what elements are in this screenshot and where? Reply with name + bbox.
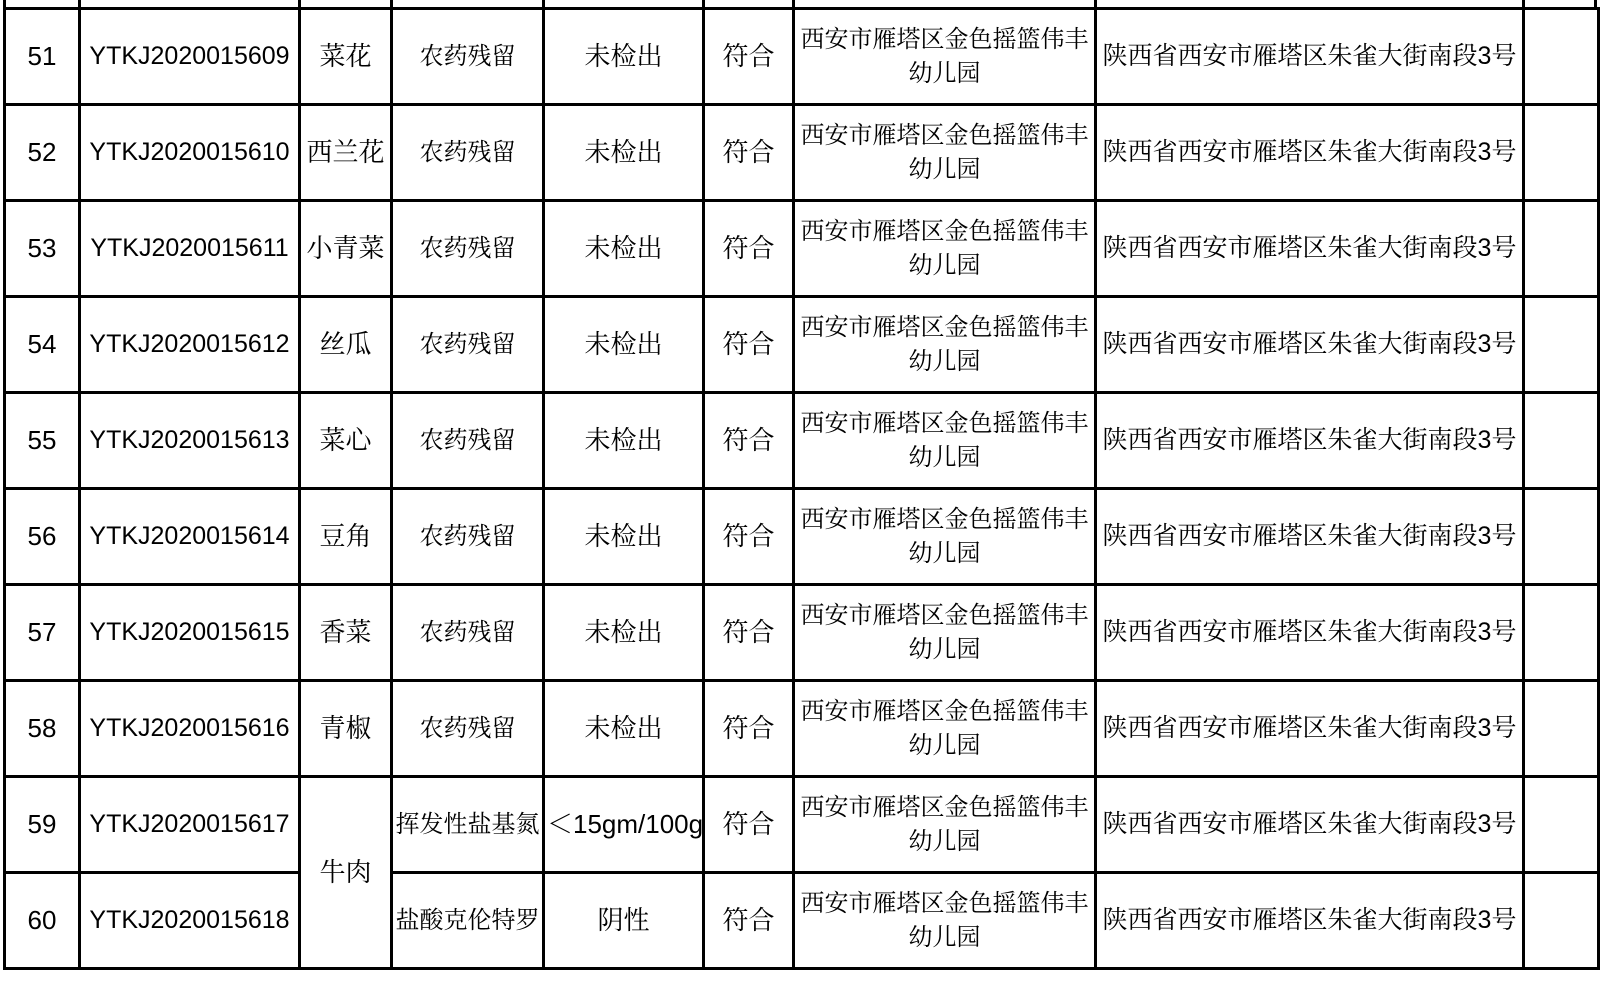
cell-sampled-unit: 西安市雁塔区金色摇篮伟丰幼儿园 (794, 297, 1096, 393)
cell-sample-name: 豆角 (300, 489, 392, 585)
cell-test-result: 阴性 (544, 873, 704, 969)
cell-blank (1524, 873, 1599, 969)
cell-test-result: 未检出 (544, 105, 704, 201)
column-border-tick (792, 0, 795, 7)
cell-test-result: 未检出 (544, 681, 704, 777)
cell-row-number: 59 (5, 777, 80, 873)
cell-address: 陕西省西安市雁塔区朱雀大街南段3号 (1096, 777, 1524, 873)
cell-sampled-unit: 西安市雁塔区金色摇篮伟丰幼儿园 (794, 873, 1096, 969)
table-row: 60YTKJ2020015618盐酸克伦特罗阴性符合西安市雁塔区金色摇篮伟丰幼儿… (5, 873, 1599, 969)
table-body: 51YTKJ2020015609菜花农药残留未检出符合西安市雁塔区金色摇篮伟丰幼… (5, 9, 1599, 969)
cell-row-number: 55 (5, 393, 80, 489)
cell-test-result: ＜15gm/100g (544, 777, 704, 873)
cell-address: 陕西省西安市雁塔区朱雀大街南段3号 (1096, 585, 1524, 681)
table-row: 57YTKJ2020015615香菜农药残留未检出符合西安市雁塔区金色摇篮伟丰幼… (5, 585, 1599, 681)
cell-address: 陕西省西安市雁塔区朱雀大街南段3号 (1096, 201, 1524, 297)
cell-sample-name: 青椒 (300, 681, 392, 777)
cell-conclusion: 符合 (704, 489, 794, 585)
cell-blank (1524, 297, 1599, 393)
cell-sampled-unit: 西安市雁塔区金色摇篮伟丰幼儿园 (794, 489, 1096, 585)
cell-sampled-unit: 西安市雁塔区金色摇篮伟丰幼儿园 (794, 681, 1096, 777)
column-border-tick (3, 0, 6, 7)
cell-address: 陕西省西安市雁塔区朱雀大街南段3号 (1096, 873, 1524, 969)
cell-sample-id: YTKJ2020015613 (80, 393, 300, 489)
column-border-tick (542, 0, 545, 7)
cell-test-item: 农药残留 (392, 9, 544, 105)
cell-address: 陕西省西安市雁塔区朱雀大街南段3号 (1096, 489, 1524, 585)
cell-sample-id: YTKJ2020015617 (80, 777, 300, 873)
column-border-tick (298, 0, 301, 7)
column-border-tick (1594, 0, 1597, 7)
cell-sampled-unit: 西安市雁塔区金色摇篮伟丰幼儿园 (794, 9, 1096, 105)
cell-row-number: 56 (5, 489, 80, 585)
cell-address: 陕西省西安市雁塔区朱雀大街南段3号 (1096, 393, 1524, 489)
table-row: 59YTKJ2020015617牛肉挥发性盐基氮＜15gm/100g符合西安市雁… (5, 777, 1599, 873)
cell-test-result: 未检出 (544, 585, 704, 681)
cell-blank (1524, 105, 1599, 201)
cell-sample-id: YTKJ2020015615 (80, 585, 300, 681)
column-border-tick (702, 0, 705, 7)
cell-sample-name: 西兰花 (300, 105, 392, 201)
cell-test-result: 未检出 (544, 489, 704, 585)
table-row: 51YTKJ2020015609菜花农药残留未检出符合西安市雁塔区金色摇篮伟丰幼… (5, 9, 1599, 105)
cell-blank (1524, 393, 1599, 489)
cell-sample-id: YTKJ2020015618 (80, 873, 300, 969)
table-row: 58YTKJ2020015616青椒农药残留未检出符合西安市雁塔区金色摇篮伟丰幼… (5, 681, 1599, 777)
cell-blank (1524, 585, 1599, 681)
cell-sample-id: YTKJ2020015609 (80, 9, 300, 105)
table-top-edge (3, 0, 1597, 7)
cell-test-result: 未检出 (544, 9, 704, 105)
inspection-results-table: 51YTKJ2020015609菜花农药残留未检出符合西安市雁塔区金色摇篮伟丰幼… (3, 7, 1600, 970)
cell-sample-name: 牛肉 (300, 777, 392, 969)
cell-sample-id: YTKJ2020015611 (80, 201, 300, 297)
column-border-tick (390, 0, 393, 7)
table-row: 56YTKJ2020015614豆角农药残留未检出符合西安市雁塔区金色摇篮伟丰幼… (5, 489, 1599, 585)
cell-row-number: 58 (5, 681, 80, 777)
cell-sample-id: YTKJ2020015614 (80, 489, 300, 585)
cell-conclusion: 符合 (704, 777, 794, 873)
cell-row-number: 60 (5, 873, 80, 969)
cell-conclusion: 符合 (704, 105, 794, 201)
cell-test-item: 农药残留 (392, 393, 544, 489)
cell-blank (1524, 489, 1599, 585)
column-border-tick (1094, 0, 1097, 7)
cell-blank (1524, 777, 1599, 873)
cell-conclusion: 符合 (704, 393, 794, 489)
column-border-tick (78, 0, 81, 7)
cell-test-result: 未检出 (544, 297, 704, 393)
cell-sample-name: 菜心 (300, 393, 392, 489)
cell-blank (1524, 9, 1599, 105)
table-row: 54YTKJ2020015612丝瓜农药残留未检出符合西安市雁塔区金色摇篮伟丰幼… (5, 297, 1599, 393)
cell-blank (1524, 681, 1599, 777)
column-border-tick (1522, 0, 1525, 7)
cell-sample-name: 菜花 (300, 9, 392, 105)
cell-sample-id: YTKJ2020015610 (80, 105, 300, 201)
table-row: 52YTKJ2020015610西兰花农药残留未检出符合西安市雁塔区金色摇篮伟丰… (5, 105, 1599, 201)
cell-test-item: 农药残留 (392, 681, 544, 777)
table-row: 53YTKJ2020015611小青菜农药残留未检出符合西安市雁塔区金色摇篮伟丰… (5, 201, 1599, 297)
cell-row-number: 54 (5, 297, 80, 393)
cell-conclusion: 符合 (704, 585, 794, 681)
table-row: 55YTKJ2020015613菜心农药残留未检出符合西安市雁塔区金色摇篮伟丰幼… (5, 393, 1599, 489)
cell-sample-name: 丝瓜 (300, 297, 392, 393)
cell-sampled-unit: 西安市雁塔区金色摇篮伟丰幼儿园 (794, 201, 1096, 297)
cell-test-item: 挥发性盐基氮 (392, 777, 544, 873)
cell-row-number: 51 (5, 9, 80, 105)
cell-test-item: 农药残留 (392, 201, 544, 297)
cell-test-item: 农药残留 (392, 489, 544, 585)
cell-address: 陕西省西安市雁塔区朱雀大街南段3号 (1096, 297, 1524, 393)
cell-address: 陕西省西安市雁塔区朱雀大街南段3号 (1096, 681, 1524, 777)
cell-conclusion: 符合 (704, 297, 794, 393)
cell-test-item: 农药残留 (392, 105, 544, 201)
cell-sampled-unit: 西安市雁塔区金色摇篮伟丰幼儿园 (794, 105, 1096, 201)
document-page: 51YTKJ2020015609菜花农药残留未检出符合西安市雁塔区金色摇篮伟丰幼… (0, 0, 1600, 1004)
cell-row-number: 57 (5, 585, 80, 681)
cell-sample-id: YTKJ2020015616 (80, 681, 300, 777)
cell-test-item: 农药残留 (392, 585, 544, 681)
cell-sampled-unit: 西安市雁塔区金色摇篮伟丰幼儿园 (794, 585, 1096, 681)
cell-address: 陕西省西安市雁塔区朱雀大街南段3号 (1096, 105, 1524, 201)
cell-row-number: 52 (5, 105, 80, 201)
cell-sampled-unit: 西安市雁塔区金色摇篮伟丰幼儿园 (794, 393, 1096, 489)
cell-test-item: 盐酸克伦特罗 (392, 873, 544, 969)
cell-blank (1524, 201, 1599, 297)
cell-conclusion: 符合 (704, 873, 794, 969)
cell-row-number: 53 (5, 201, 80, 297)
cell-sample-id: YTKJ2020015612 (80, 297, 300, 393)
cell-address: 陕西省西安市雁塔区朱雀大街南段3号 (1096, 9, 1524, 105)
cell-test-item: 农药残留 (392, 297, 544, 393)
cell-conclusion: 符合 (704, 9, 794, 105)
cell-test-result: 未检出 (544, 201, 704, 297)
cell-sampled-unit: 西安市雁塔区金色摇篮伟丰幼儿园 (794, 777, 1096, 873)
cell-sample-name: 小青菜 (300, 201, 392, 297)
cell-sample-name: 香菜 (300, 585, 392, 681)
cell-test-result: 未检出 (544, 393, 704, 489)
cell-conclusion: 符合 (704, 201, 794, 297)
cell-conclusion: 符合 (704, 681, 794, 777)
